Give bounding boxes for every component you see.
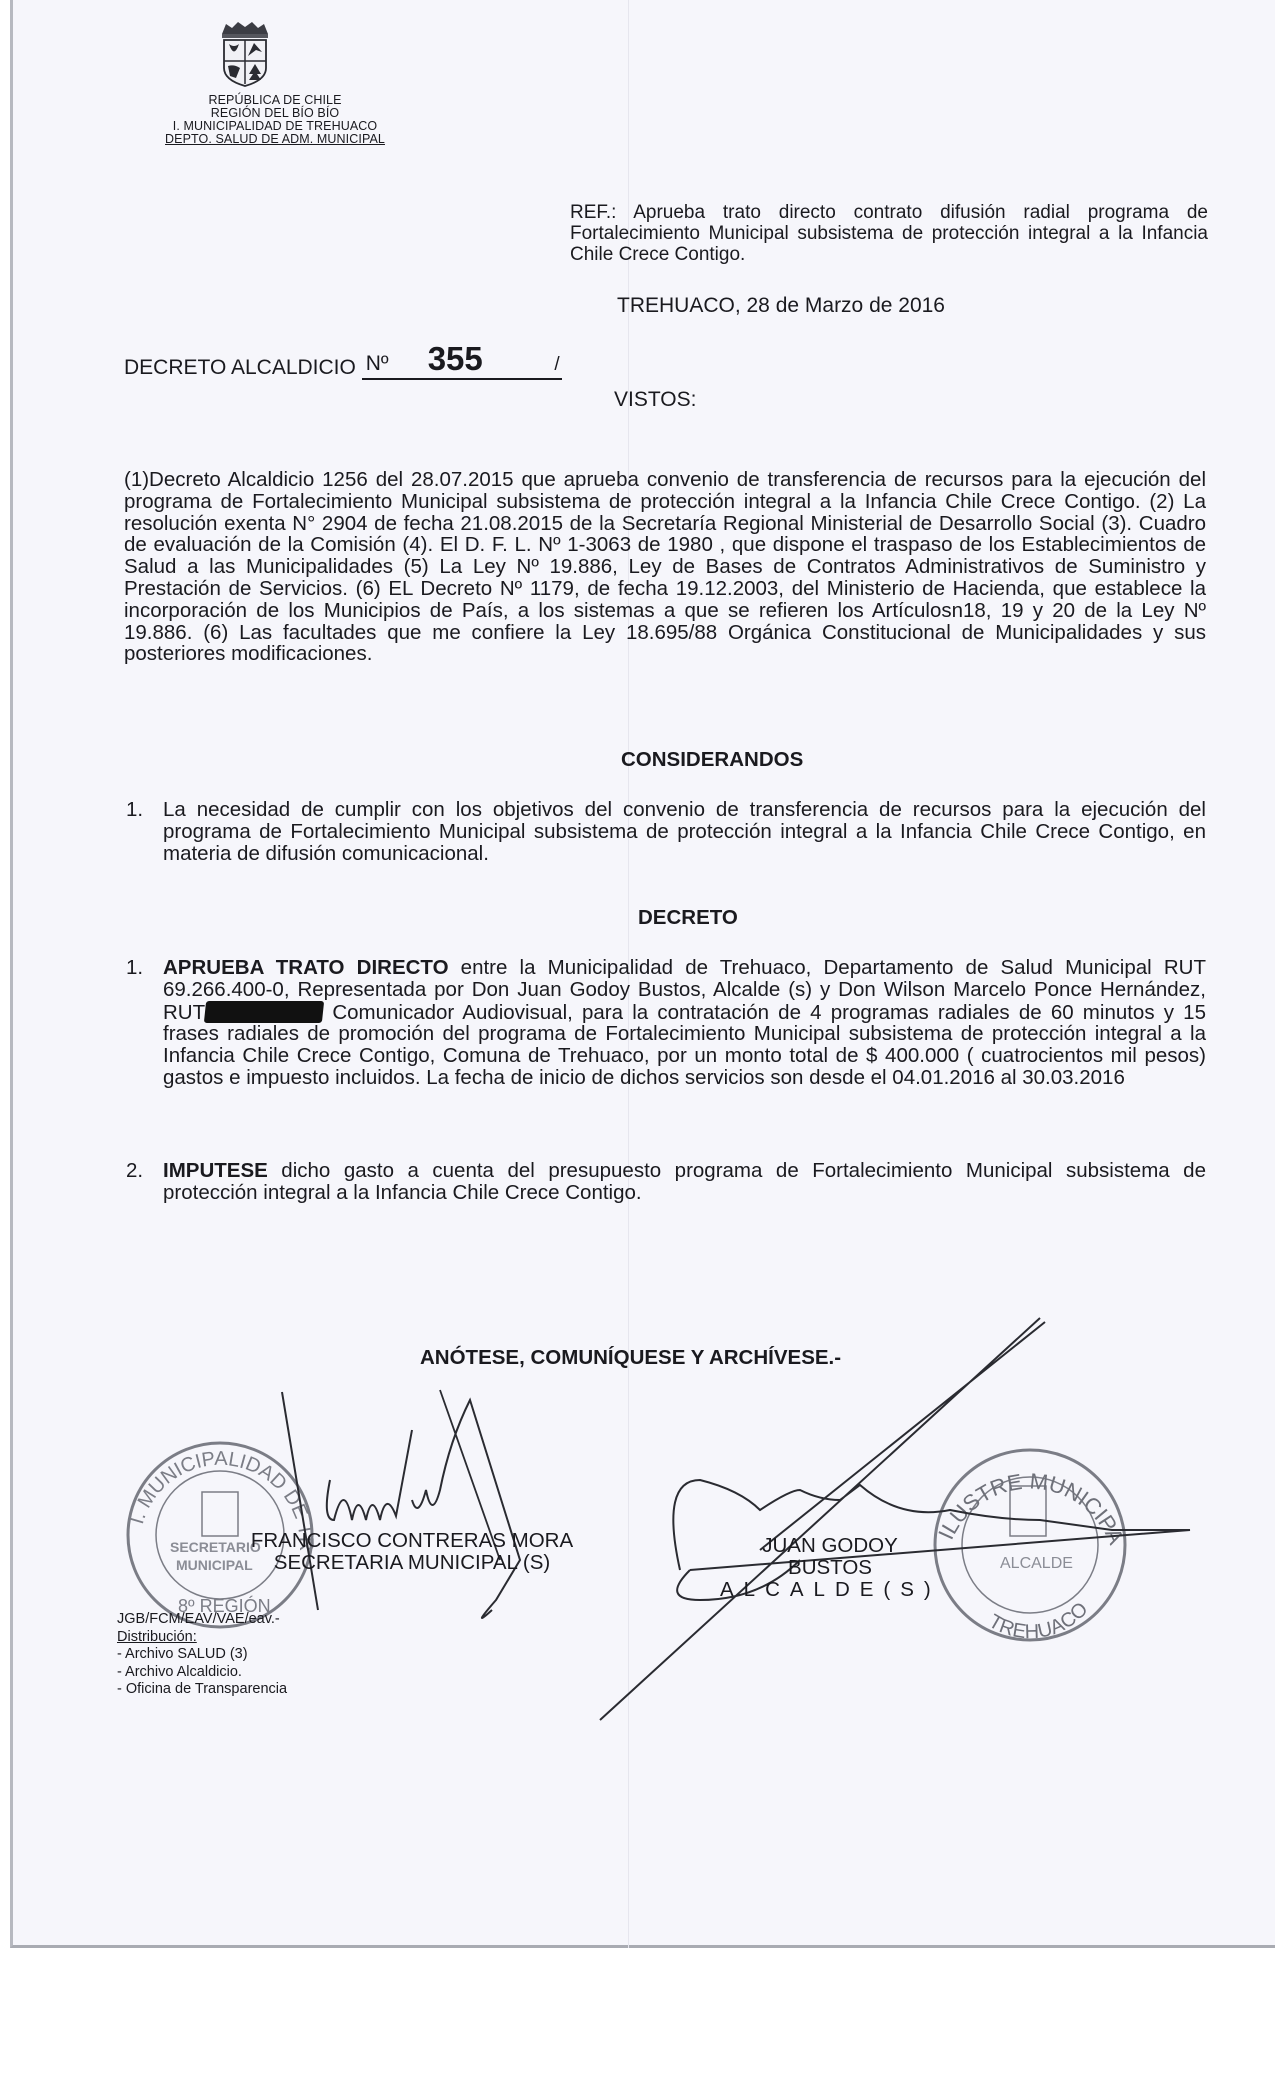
- number-symbol: Nº: [366, 352, 389, 376]
- distribution-item: - Oficina de Transparencia: [117, 1681, 287, 1699]
- municipal-coat-of-arms-icon: [216, 20, 274, 88]
- decree-number-line: DECRETO ALCALDICIO Nº 355 /: [124, 344, 562, 380]
- initials: JGB/FCM/EAV/VAE/eav.-: [117, 1611, 287, 1629]
- place-date: TREHUACO, 28 de Marzo de 2016: [617, 294, 945, 318]
- distribution-footer: JGB/FCM/EAV/VAE/eav.- Distribución: - Ar…: [117, 1611, 287, 1699]
- item-number: 1.: [126, 957, 143, 979]
- decreto-item-2: 2. IMPUTESE dicho gasto a cuenta del pre…: [124, 1160, 1206, 1204]
- considerandos-heading: CONSIDERANDOS: [621, 748, 803, 772]
- secretary-signature-block: FRANCISCO CONTRERAS MORA SECRETARIA MUNI…: [232, 1530, 592, 1574]
- item-number: 1.: [126, 799, 143, 821]
- item-text: IMPUTESE dicho gasto a cuenta del presup…: [163, 1160, 1206, 1204]
- letterhead-line: DEPTO. SALUD DE ADM. MUNICIPAL: [150, 133, 400, 146]
- item-number: 2.: [126, 1160, 143, 1182]
- closing-formula: ANÓTESE, COMUNÍQUESE Y ARCHÍVESE.-: [420, 1346, 841, 1370]
- item-text: APRUEBA TRATO DIRECTO entre la Municipal…: [163, 957, 1206, 1089]
- decree-label: DECRETO ALCALDICIO: [124, 356, 356, 379]
- item-text: La necesidad de cumplir con los objetivo…: [163, 799, 1206, 864]
- redaction-bar: [204, 1001, 324, 1023]
- vistos-text: (1)Decreto Alcaldicio 1256 del 28.07.201…: [124, 469, 1206, 665]
- signer-name: FRANCISCO CONTRERAS MORA: [232, 1530, 592, 1552]
- decreto-heading: DECRETO: [638, 906, 738, 930]
- decree-number-suffix: /: [554, 354, 559, 376]
- signer-title: ALCALDE(S): [720, 1579, 940, 1601]
- distribution-item: - Archivo SALUD (3): [117, 1646, 287, 1664]
- decreto-item-1: 1. APRUEBA TRATO DIRECTO entre la Munici…: [124, 957, 1206, 1089]
- signer-name: JUAN GODOY BUSTOS: [720, 1535, 940, 1579]
- mayor-signature-block: JUAN GODOY BUSTOS ALCALDE(S): [720, 1535, 940, 1601]
- item-text-part: dicho gasto a cuenta del presupuesto pro…: [163, 1159, 1206, 1204]
- signer-title: SECRETARIA MUNICIPAL (S): [232, 1552, 592, 1574]
- considerando-item: 1. La necesidad de cumplir con los objet…: [124, 799, 1206, 864]
- vistos-heading: VISTOS:: [614, 388, 696, 412]
- item-bold-lead: APRUEBA TRATO DIRECTO: [163, 956, 449, 979]
- reference: REF.: Aprueba trato directo contrato dif…: [570, 202, 1208, 265]
- decree-number: 355: [428, 340, 483, 378]
- distribution-label: Distribución:: [117, 1629, 287, 1647]
- decree-number-field: Nº 355 /: [362, 344, 562, 380]
- item-bold-lead: IMPUTESE: [163, 1159, 268, 1182]
- letterhead: REPÚBLICA DE CHILE REGIÓN DEL BÍO BÍO I.…: [150, 94, 400, 146]
- distribution-item: - Archivo Alcaldicio.: [117, 1664, 287, 1682]
